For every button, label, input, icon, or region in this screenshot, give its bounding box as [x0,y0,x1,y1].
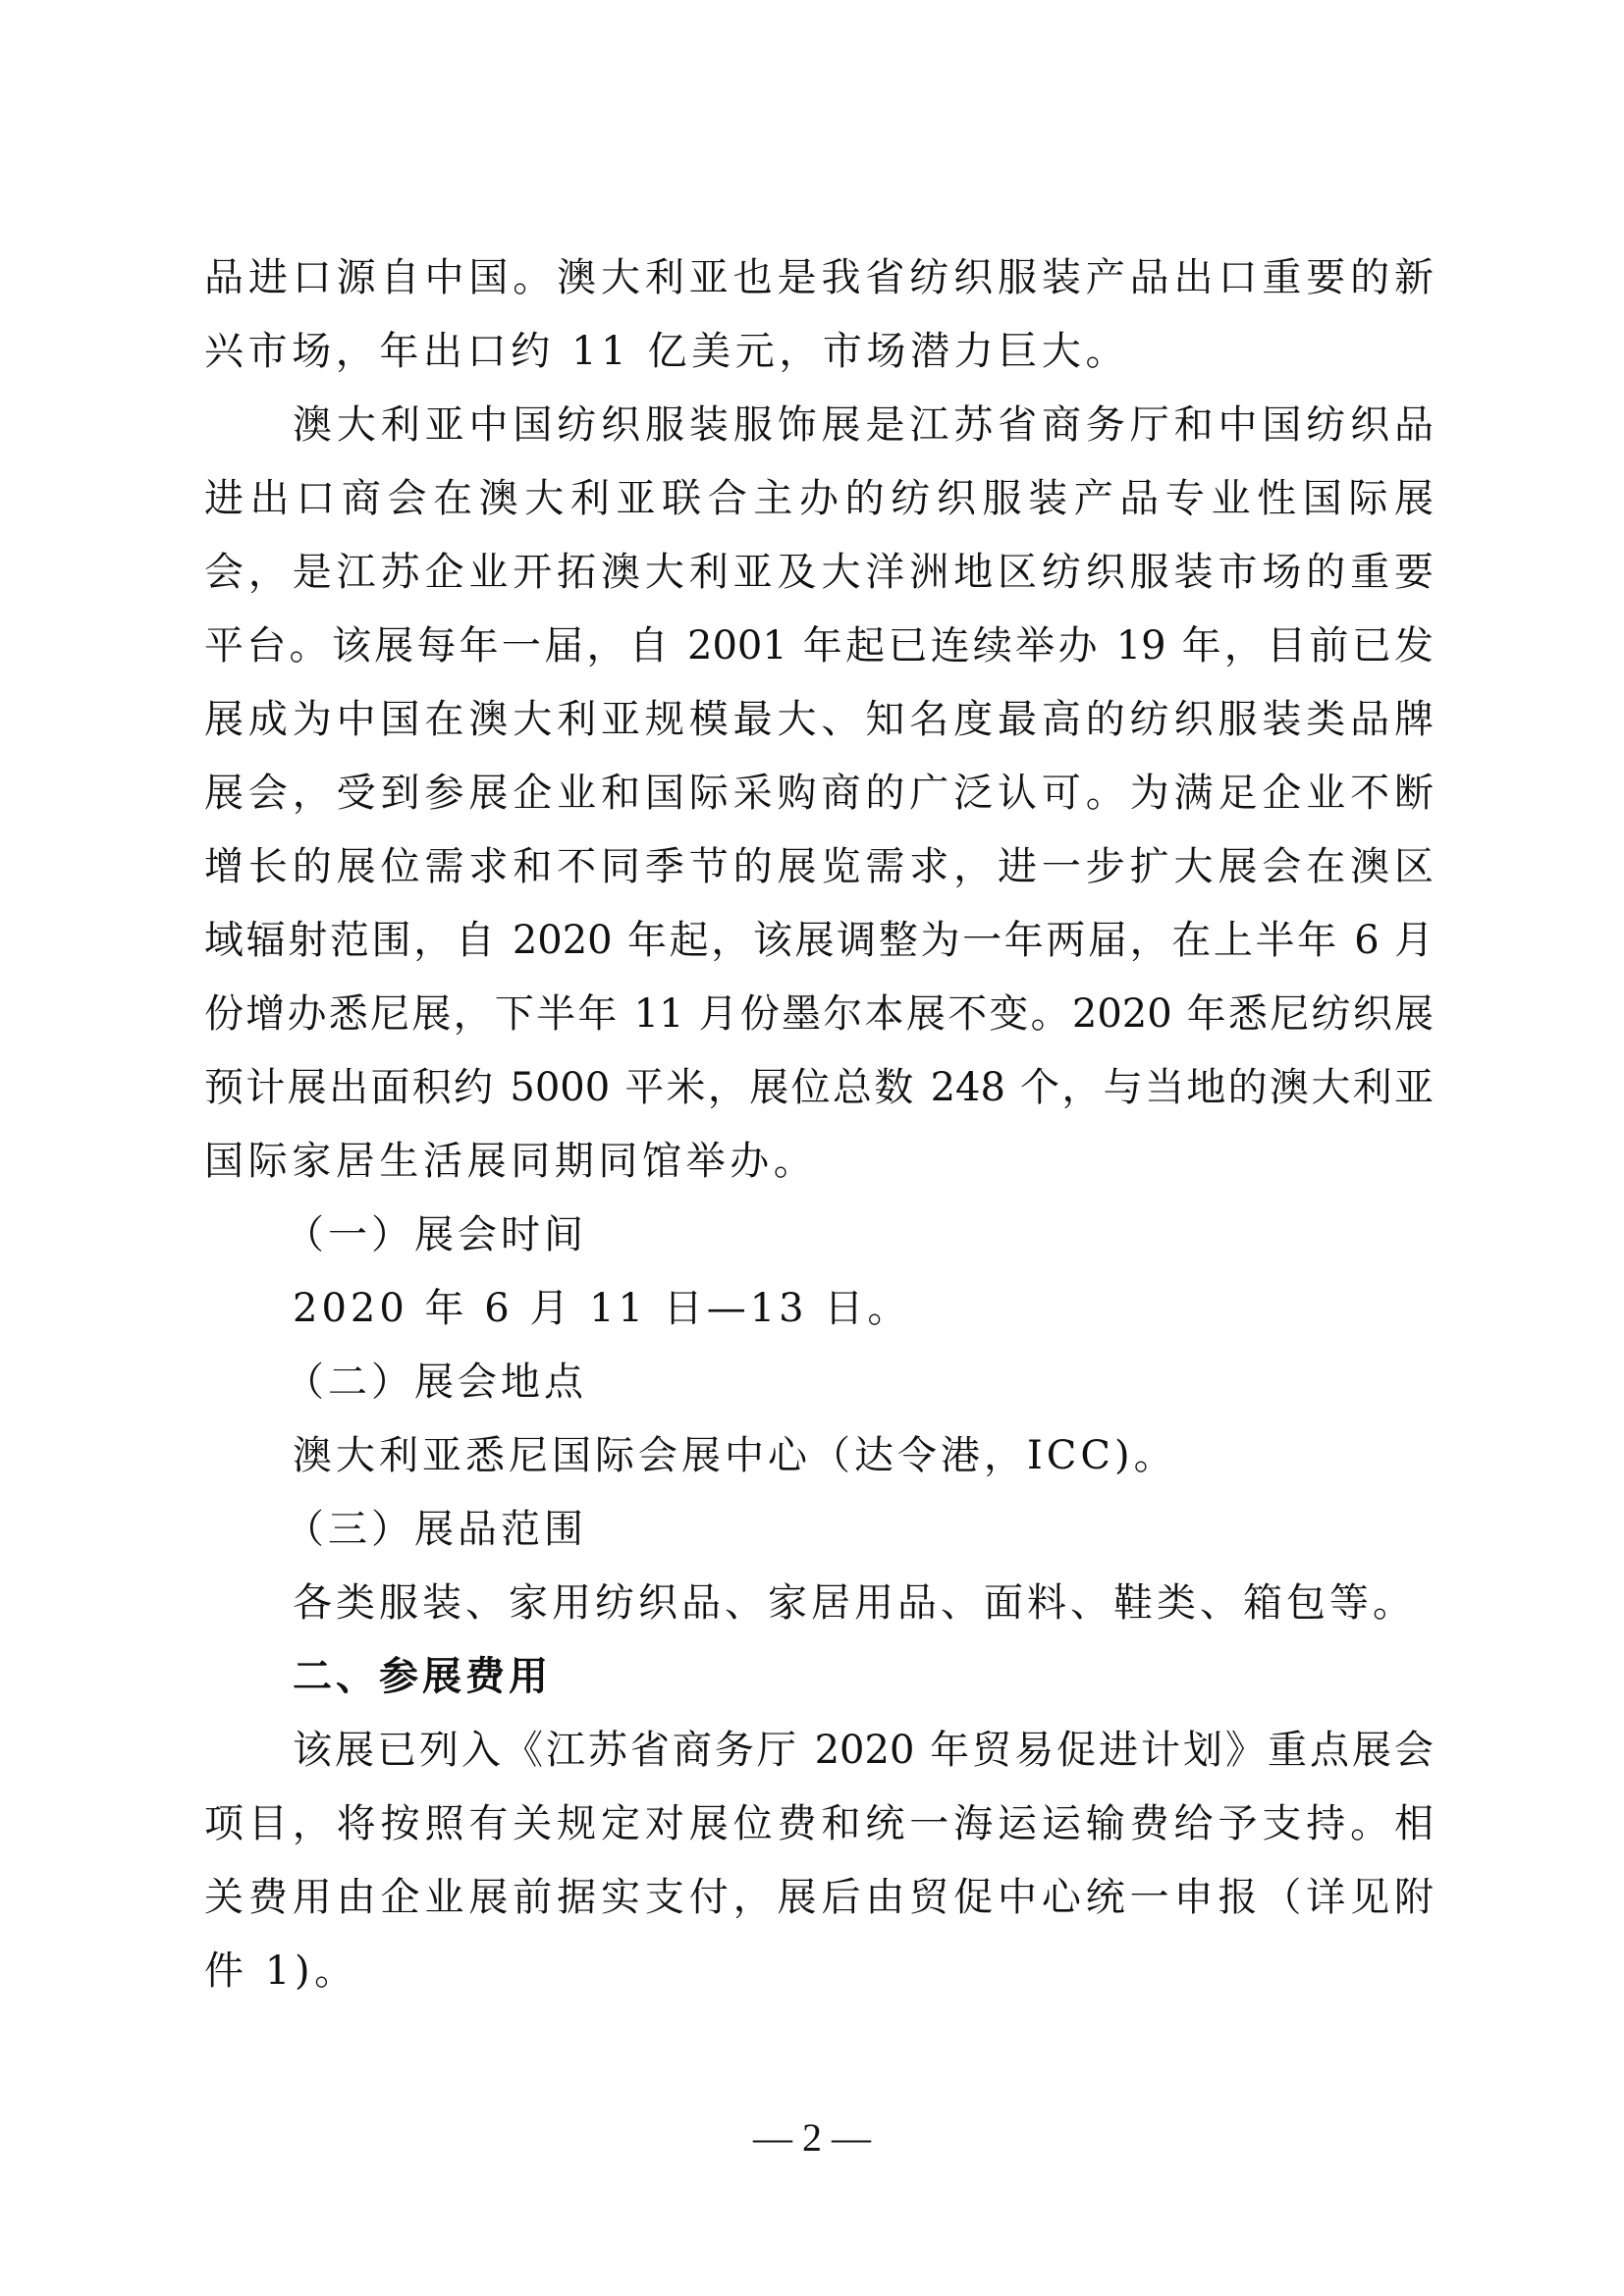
paragraph-line: 项目，将按照有关规定对展位费和统一海运运输费给予支持。相 [204,1794,1434,1853]
paragraph-line: 会，是江苏企业开拓澳大利亚及大洋洲地区纺织服装市场的重要 [204,543,1434,602]
paragraph-line: 进出口商会在澳大利亚联合主办的纺织服装产品专业性国际展 [204,469,1434,528]
paragraph-line: 域辐射范围，自 2020 年起，该展调整为一年两届，在上半年 6 月 [204,911,1434,970]
section-content-location: 澳大利亚悉尼国际会展中心（达令港，ICC)。 [293,1426,1434,1485]
paragraph-line: 平台。该展每年一届，自 2001 年起已连续举办 19 年，目前已发 [204,616,1434,675]
paragraph-line: 该展已列入《江苏省商务厅 2020 年贸易促进计划》重点展会 [293,1721,1434,1780]
paragraph-line: 展会，受到参展企业和国际采购商的广泛认可。为满足企业不断 [204,764,1434,823]
section-content-time: 2020 年 6 月 11 日—13 日。 [293,1279,1434,1338]
paragraph-line: 预计展出面积约 5000 平米，展位总数 248 个，与当地的澳大利亚 [204,1058,1434,1117]
section-heading-time: （一）展会时间 [285,1205,1426,1264]
section-heading-location: （二）展会地点 [285,1353,1426,1412]
paragraph-line: 份增办悉尼展，下半年 11 月份墨尔本展不变。2020 年悉尼纺织展 [204,985,1434,1043]
section-content-scope: 各类服装、家用纺织品、家居用品、面料、鞋类、箱包等。 [293,1574,1434,1632]
document-page: 品进口源自中国。澳大利亚也是我省纺织服装产品出口重要的新 兴市场，年出口约 11… [0,0,1624,2296]
page-number: — 2 — [0,2109,1624,2167]
paragraph-line: 澳大利亚中国纺织服装服饰展是江苏省商务厅和中国纺织品 [293,396,1434,454]
paragraph-line: 关费用由企业展前据实支付，展后由贸促中心统一申报（详见附 [204,1868,1434,1927]
section-heading-fees: 二、参展费用 [293,1647,1434,1706]
paragraph-line: 展成为中国在澳大利亚规模最大、知名度最高的纺织服装类品牌 [204,690,1434,749]
paragraph-line: 件 1)。 [204,1942,1434,2001]
paragraph-line: 兴市场，年出口约 11 亿美元，市场潜力巨大。 [204,322,1434,381]
paragraph-line: 品进口源自中国。澳大利亚也是我省纺织服装产品出口重要的新 [204,248,1434,307]
section-heading-scope: （三）展品范围 [285,1500,1426,1559]
paragraph-line: 增长的展位需求和不同季节的展览需求，进一步扩大展会在澳区 [204,837,1434,896]
paragraph-line: 国际家居生活展同期同馆举办。 [204,1132,1434,1191]
